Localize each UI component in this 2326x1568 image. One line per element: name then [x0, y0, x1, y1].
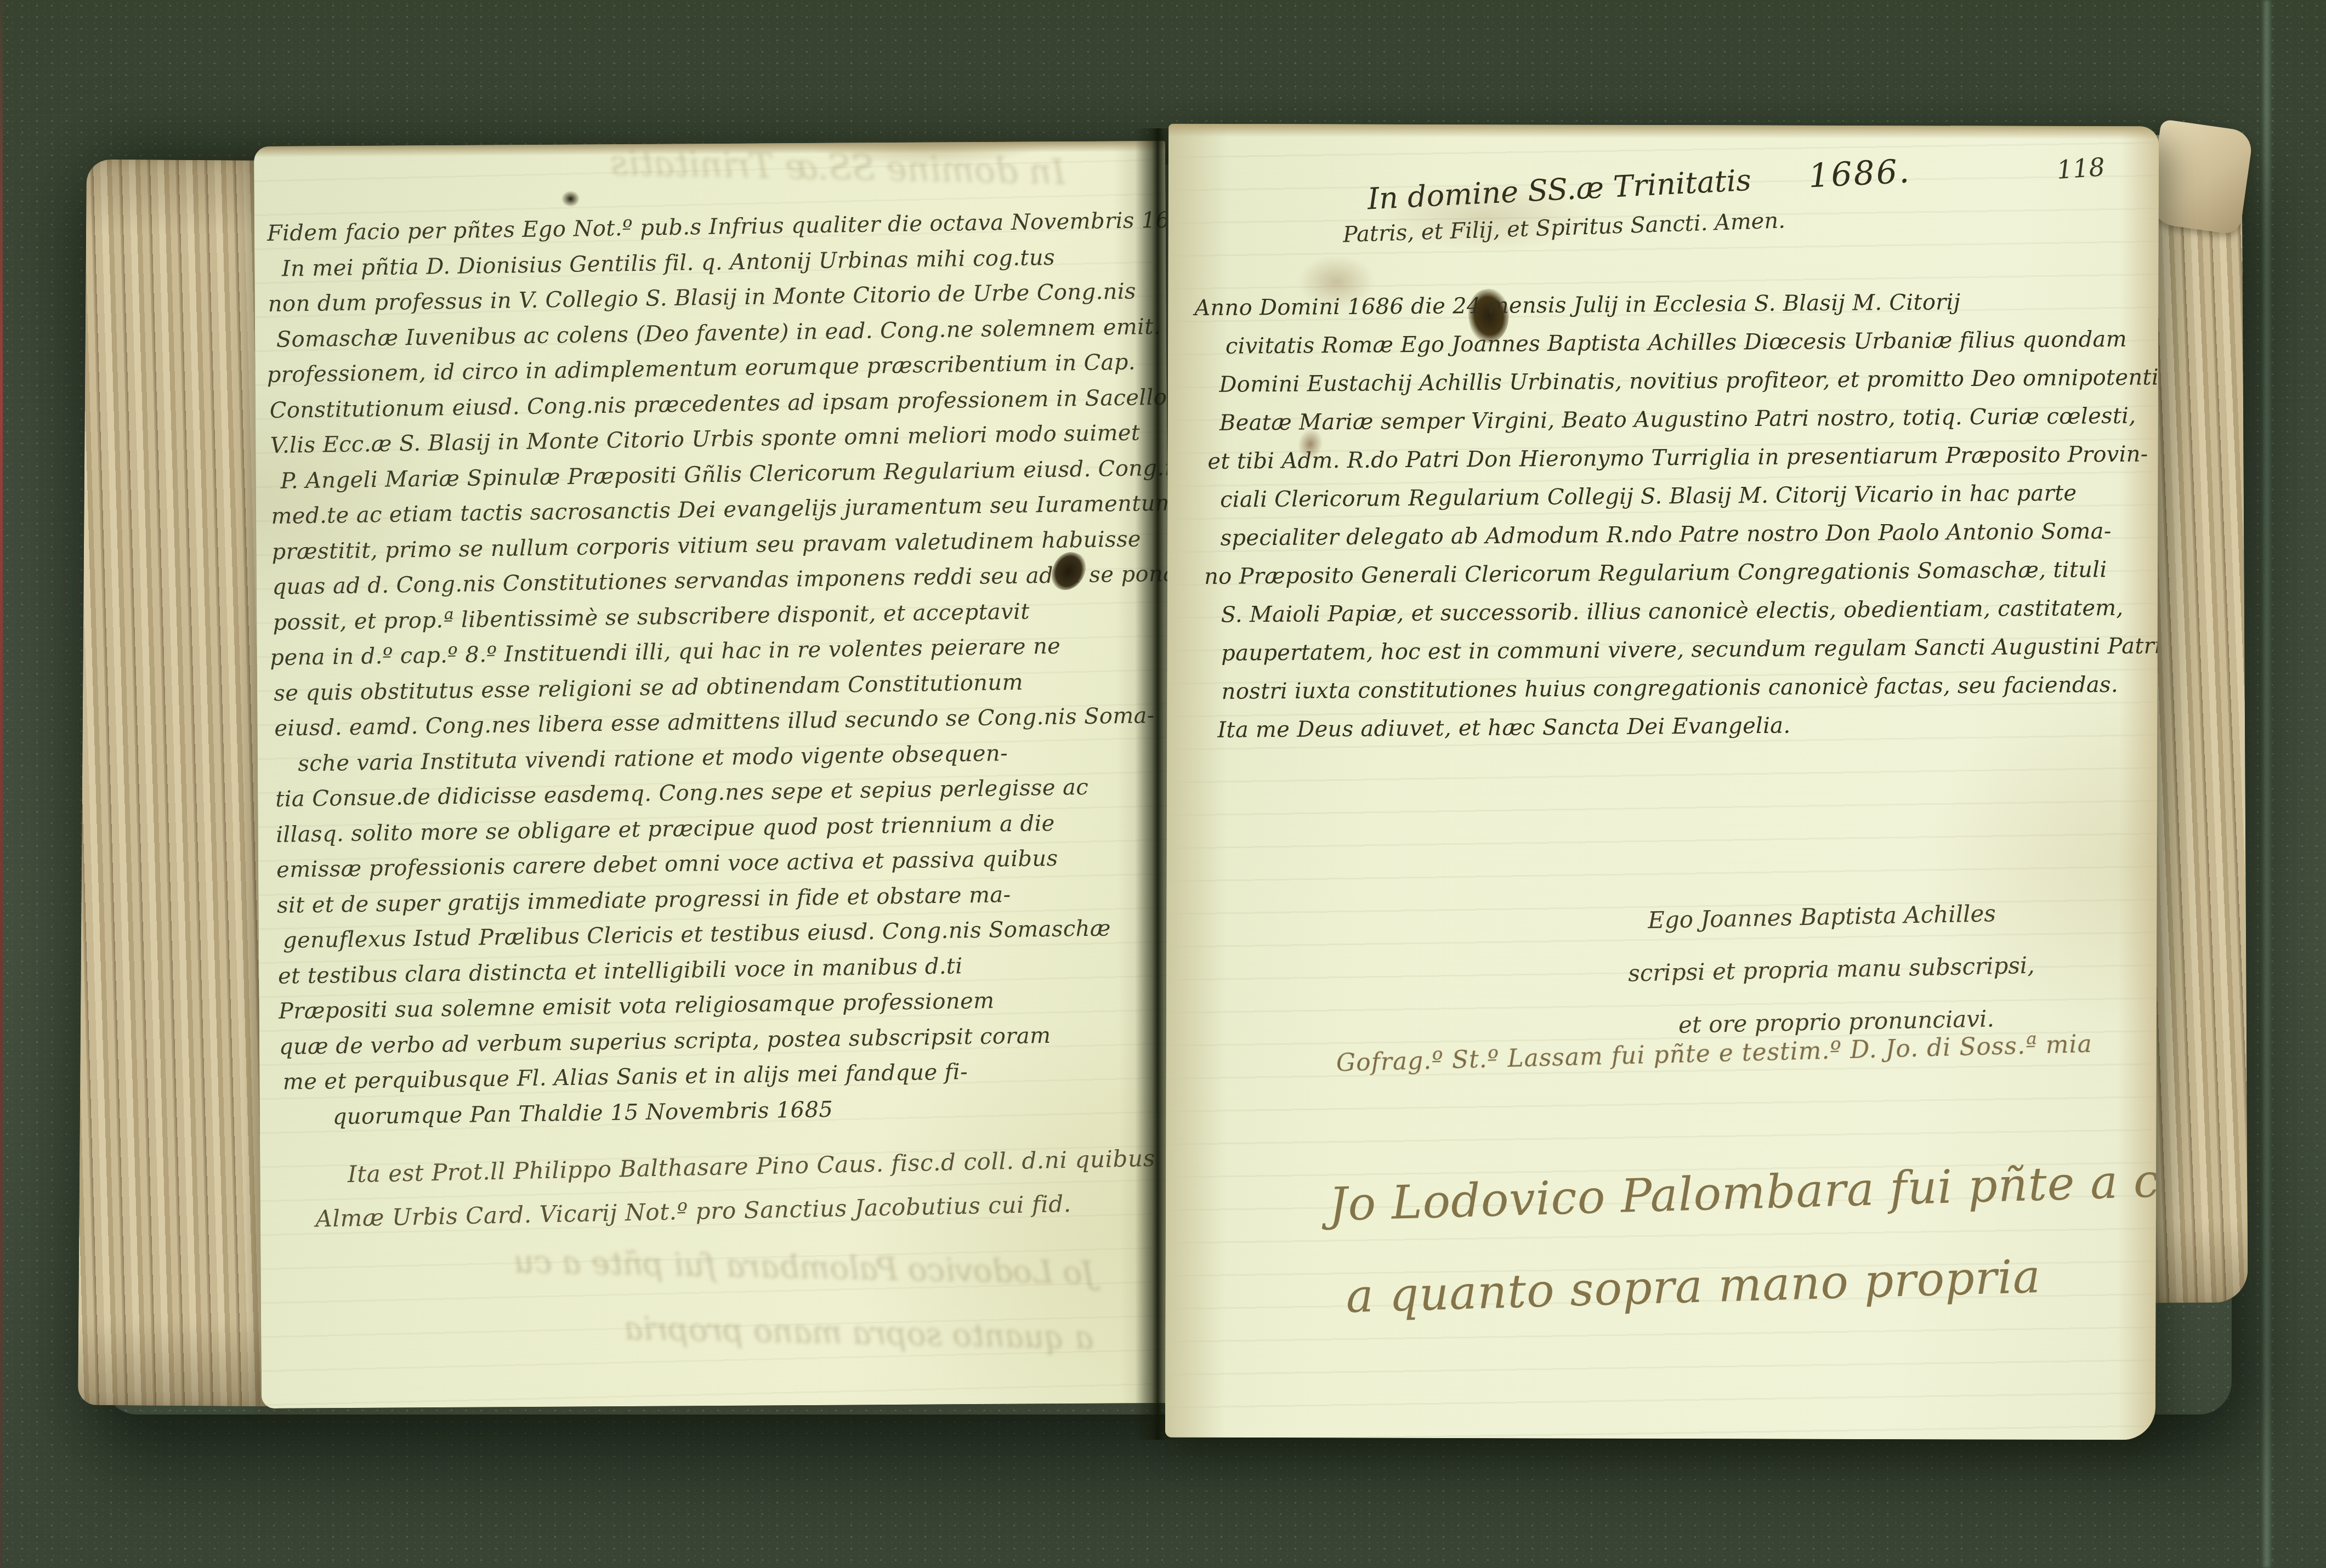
attestation-script: Jo Lodovico Palombara fui pñte a cua qua… [1327, 1134, 2159, 1343]
manuscript-line: et tibi Adm. R.do Patri Don Hieronymo Tu… [1207, 435, 2146, 480]
manuscript-line: ciali Clericorum Regularium Collegij S. … [1220, 473, 2147, 519]
invocation-text: In domine SS.æ Trinitatis [1366, 163, 1752, 217]
manuscript-line: Ego Joannes Baptista Achilles [1647, 887, 2034, 947]
right-corner-page-edge [2147, 119, 2254, 235]
manuscript-line: nostri iuxta constitutiones huius congre… [1221, 665, 2148, 711]
manuscript-line: scripsi et propria manu subscripsi, [1627, 939, 2035, 1000]
left-page: In domine SS.æ Trinitatis Fidem facio pe… [254, 141, 1173, 1408]
scan-edge-artifact [0, 0, 3, 1568]
signature-block: Ego Joannes Baptista Achillesscripsi et … [1647, 887, 2036, 1052]
profession-text: Anno Domini 1686 die 24 mensis Julij in … [1218, 281, 2149, 749]
background-seam [2263, 0, 2270, 1568]
manuscript-line: paupertatem, hoc est in communi vivere, … [1221, 627, 2148, 672]
right-page: 118 In domine SS.æ Trinitatis1686. Patri… [1165, 124, 2159, 1440]
manuscript-line: civitatis Romæ Ego Joannes Baptista Achi… [1226, 320, 2146, 365]
notary-attestation-text: Ita est Prot.ll Philippo Balthasare Pino… [347, 1137, 1156, 1241]
ink-blot [561, 190, 580, 207]
ink-bleed-through-bottom: Jo Lodovico Palombara fui pñte a cua qua… [298, 1225, 1096, 1370]
manuscript-line: Domini Eustachij Achillis Urbinatis, nov… [1219, 358, 2146, 404]
manuscript-line: Beatæ Mariæ semper Virgini, Beato August… [1219, 396, 2146, 442]
year-label: 1686. [1808, 152, 1912, 195]
manuscript-photo: In domine SS.æ Trinitatis Fidem facio pe… [0, 0, 2326, 1568]
manuscript-line: S. Maioli Papiæ, et successorib. illius … [1221, 588, 2147, 634]
manuscript-line: specialiter delegato ab Admodum R.ndo Pa… [1220, 512, 2147, 557]
manuscript-line: Ita me Deus adiuvet, et hæc Sancta Dei E… [1217, 703, 2148, 749]
manuscript-line: no Præposito Generali Clericorum Regular… [1204, 550, 2147, 596]
left-page-text: Fidem facio per pñtes Ego Not.º pub.s In… [266, 203, 1163, 1135]
ink-bleed-through-top: In domine SS.æ Trinitatis [331, 141, 1066, 193]
